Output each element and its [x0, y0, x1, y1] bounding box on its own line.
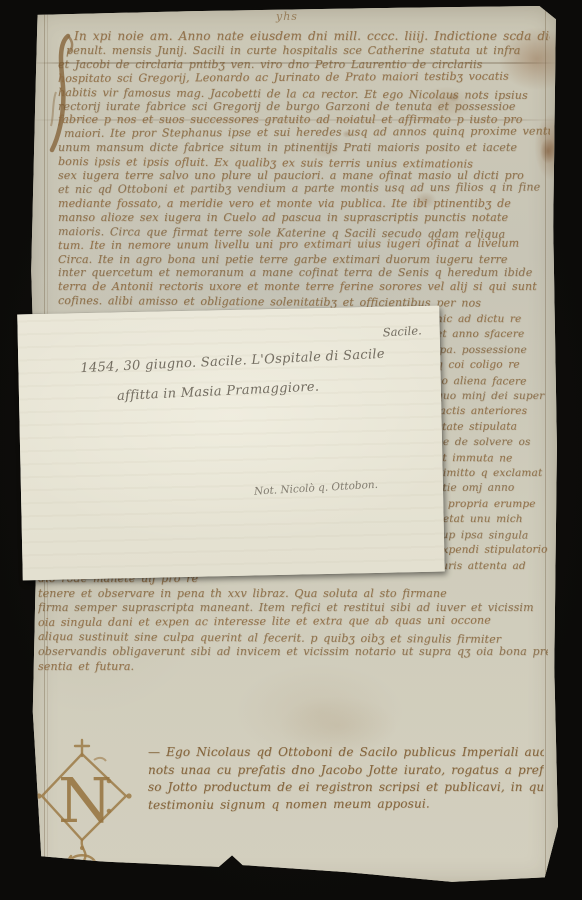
manuscript-line-fragment: otie omj anno — [436, 481, 548, 497]
notary-sign-manual-icon: N — [36, 738, 148, 880]
manuscript-line-fragment: quo minj dei super — [436, 389, 548, 404]
manuscript-line-fragment: et immuta ne — [436, 451, 548, 467]
manuscript-line: unum mansum dicte fabrice situm in ptine… — [58, 141, 550, 155]
manuscript-line-fragment: iactis anteriores — [436, 404, 548, 419]
manuscript-line-fragment: ytate stipulata — [436, 419, 548, 435]
manuscript-line-fragment: petat unu mich — [436, 512, 548, 527]
manuscript-line-fragment: dimitto q exclamat — [436, 466, 548, 481]
manuscript-line: testimoniu signum q nomen meum apposui. — [148, 794, 544, 814]
manuscript-line-fragment: et anno sfacere — [436, 327, 548, 342]
slip-regesto-line2: affitta in Masia Pramaggiore. — [117, 379, 320, 404]
manuscript-line-fragment: expendi stipulatorio — [436, 543, 548, 559]
main-text-lower-block: dio rode manete uij pro retenere et obse… — [38, 572, 548, 678]
manuscript-line: Circa. Ite in agro bona uni petie terre … — [58, 253, 550, 267]
manuscript-line: et nic qd Ottoboni et partibʒ vendium a … — [58, 180, 550, 196]
slip-regesto-line1: 1454, 30 giugno. Sacile. L'Ospitale di S… — [80, 347, 385, 376]
manuscript-line: — Ego Nicolaus qd Ottoboni de Sacilo pub… — [148, 744, 544, 762]
manuscript-line: In xpi noie am. Anno nate eiusdem dni mi… — [74, 30, 550, 44]
notary-subscription-block: — Ego Nicolaus qd Ottoboni de Sacilo pub… — [148, 744, 544, 822]
slip-archive-label: Sacile. — [382, 323, 422, 339]
manuscript-line: tum. Ite in nemore unum livellu uni pro … — [58, 236, 550, 252]
manuscript-line: oia singula dani et expen ac interesse l… — [38, 613, 548, 630]
manuscript-line: manso alioze sex iugera in Cuelo ad pasc… — [58, 211, 550, 225]
main-text-right-fragments: hic ad dictu reet anno sfacereipa. posse… — [436, 312, 548, 580]
manuscript-line-fragment: hic ad dictu re — [436, 312, 548, 327]
svg-text:N: N — [58, 764, 112, 837]
invocation-monogram: yhs — [276, 10, 298, 23]
manuscript-line: hospitato sci Gregorij, Leonardo ac Juri… — [58, 69, 550, 85]
manuscript-line: maiori. Ite pror Stephanus ipse et sui h… — [64, 125, 550, 141]
main-text-upper-block: In xpi noie am. Anno nate eiusdem dni mi… — [58, 30, 550, 314]
manuscript-line: terra de Antonii rectoris uxore et monte… — [58, 280, 550, 294]
manuscript-line: penult. mensis Junij. Sacili in curte ho… — [66, 44, 550, 58]
manuscript-line: habitis vir famosus mag. Jacobetti de la… — [58, 86, 550, 103]
manuscript-line-fragment: ne de solvere os — [436, 435, 548, 450]
manuscript-line-fragment: sup ipsa singula — [436, 528, 548, 544]
manuscript-line-fragment: a propria erumpe — [436, 497, 548, 512]
manuscript-line: inter quercetum et nemoranum a mane cofi… — [58, 266, 550, 280]
manuscript-photo: yhs In xpi noie am. Anno nate eiusdem dn… — [0, 0, 582, 900]
manuscript-line: nots unaa cu prefatis dno Jacobo Jotte i… — [148, 762, 544, 780]
manuscript-line: so Jotto productum de ei registron scrip… — [148, 779, 544, 797]
manuscript-line-fragment: ipa. possessione — [436, 343, 548, 358]
manuscript-line-fragment: so aliena facere — [436, 374, 548, 390]
manuscript-line: sentia et futura. — [38, 660, 548, 675]
manuscript-line-fragment: q coi coligo re — [436, 358, 548, 374]
manuscript-line: tenere et observare in pena th xxv libra… — [38, 587, 548, 602]
manuscript-line: mediante fossato, a meridie vero et mont… — [58, 197, 550, 211]
slip-notary-signature: Not. Nicolò q. Ottobon. — [254, 479, 379, 498]
archival-slip: Sacile. 1454, 30 giugno. Sacile. L'Ospit… — [17, 306, 444, 581]
